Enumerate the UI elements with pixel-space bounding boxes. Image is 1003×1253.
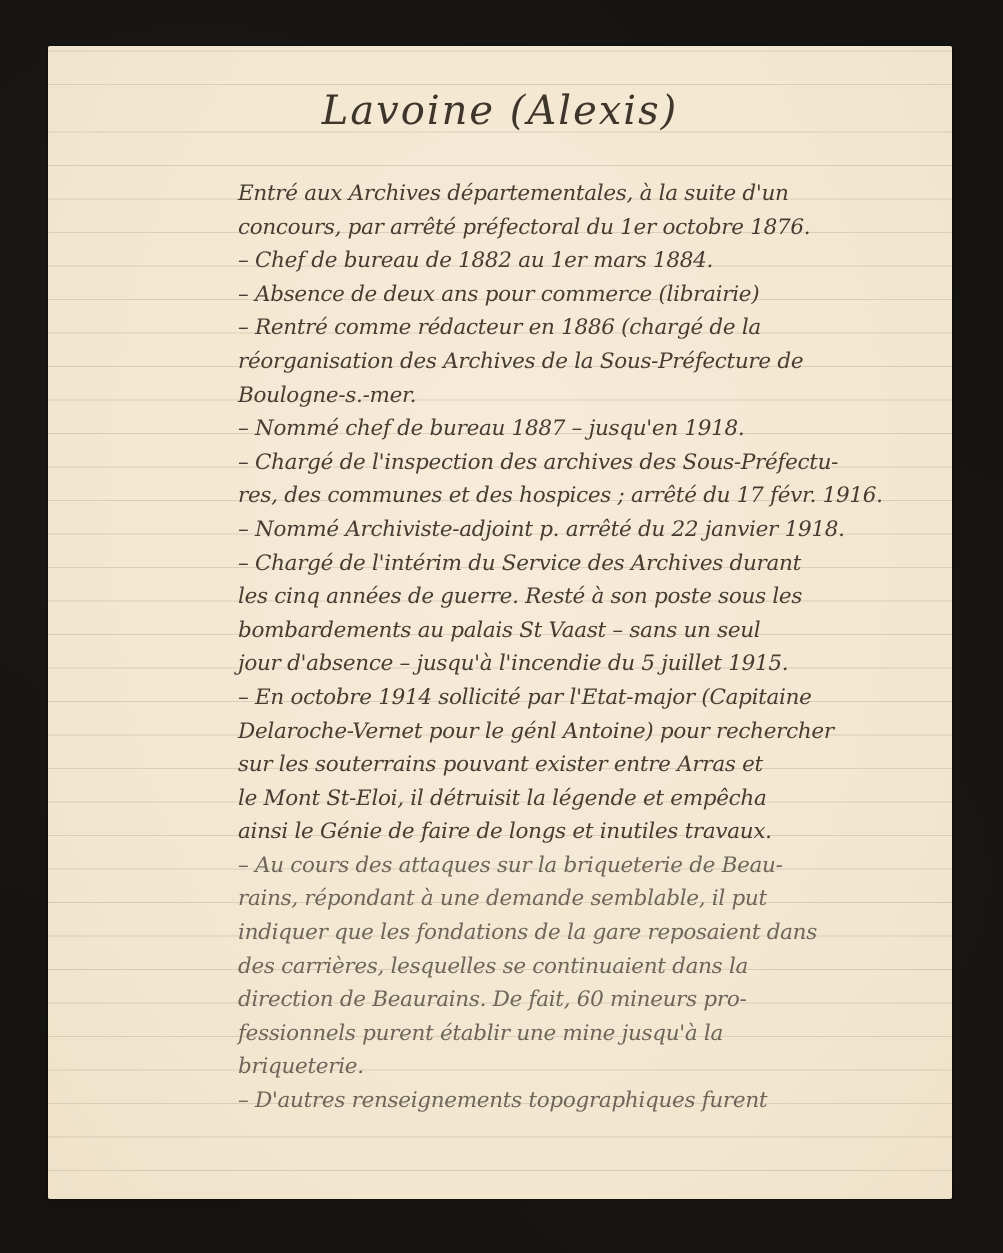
text-line: – Chargé de l'intérim du Service des Arc… (238, 547, 938, 581)
text-line: fessionnels purent établir une mine jusq… (238, 1017, 938, 1051)
page-title: Lavoine (Alexis) (48, 88, 952, 134)
text-line: – En octobre 1914 sollicité par l'Etat-m… (238, 681, 938, 715)
text-line: – Absence de deux ans pour commerce (lib… (238, 278, 938, 312)
text-line: Entré aux Archives départementales, à la… (238, 177, 938, 211)
text-line: réorganisation des Archives de la Sous-P… (238, 345, 938, 379)
text-line: rains, répondant à une demande semblable… (238, 882, 938, 916)
text-line: concours, par arrêté préfectoral du 1er … (238, 211, 938, 245)
text-line: Delaroche-Vernet pour le génl Antoine) p… (238, 715, 938, 749)
text-line: Boulogne-s.-mer. (238, 379, 938, 413)
text-line: direction de Beaurains. De fait, 60 mine… (238, 983, 938, 1017)
text-line: le Mont St-Eloi, il détruisit la légende… (238, 782, 938, 816)
text-line: indiquer que les fondations de la gare r… (238, 916, 938, 950)
text-line: – Nommé chef de bureau 1887 – jusqu'en 1… (238, 412, 938, 446)
text-line: – Au cours des attaques sur la briqueter… (238, 849, 938, 883)
text-line: des carrières, lesquelles se continuaien… (238, 950, 938, 984)
manuscript-page: Lavoine (Alexis) Entré aux Archives dépa… (48, 46, 952, 1199)
text-line: res, des communes et des hospices ; arrê… (238, 479, 938, 513)
text-line: – Nommé Archiviste-adjoint p. arrêté du … (238, 513, 938, 547)
text-line: – Chef de bureau de 1882 au 1er mars 188… (238, 244, 938, 278)
text-line: ainsi le Génie de faire de longs et inut… (238, 815, 938, 849)
text-line: – Chargé de l'inspection des archives de… (238, 446, 938, 480)
text-line: sur les souterrains pouvant exister entr… (238, 748, 938, 782)
text-line: jour d'absence – jusqu'à l'incendie du 5… (238, 647, 938, 681)
text-line: – D'autres renseignements topographiques… (238, 1084, 938, 1118)
text-line: – Rentré comme rédacteur en 1886 (chargé… (238, 311, 938, 345)
text-line: les cinq années de guerre. Resté à son p… (238, 580, 938, 614)
text-line: briqueterie. (238, 1050, 938, 1084)
text-line: bombardements au palais St Vaast – sans … (238, 614, 938, 648)
manuscript-body: Entré aux Archives départementales, à la… (238, 177, 938, 1118)
